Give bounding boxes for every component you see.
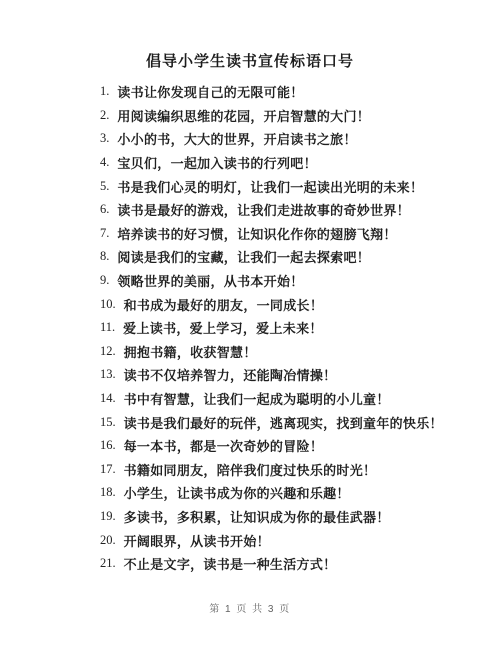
list-item-text: 书籍如同朋友，陪伴我们度过快乐的时光！ — [124, 460, 377, 479]
list-item: 12. 拥抱书籍，收获智慧！ — [100, 340, 500, 364]
list-item-number: 19. — [100, 509, 116, 524]
list-item: 18. 小学生，让读书成为你的兴趣和乐趣！ — [100, 481, 500, 505]
list-item-text: 读书不仅培养智力，还能陶冶情操！ — [124, 365, 337, 384]
list-item: 5. 书是我们心灵的明灯，让我们一起读出光明的未来！ — [100, 174, 500, 198]
list-item-text: 多读书，多积累，让知识成为你的最佳武器！ — [124, 507, 390, 526]
list-item: 2. 用阅读编织思维的花园，开启智慧的大门！ — [100, 104, 500, 128]
list-item-number: 5. — [100, 179, 109, 194]
list-item-number: 21. — [100, 556, 116, 571]
list-item-number: 20. — [100, 533, 116, 548]
list-item-number: 8. — [100, 249, 109, 264]
list-item-text: 培养读书的好习惯，让知识化作你的翅膀飞翔！ — [117, 224, 396, 243]
list-item: 20. 开阔眼界，从读书开始！ — [100, 528, 500, 552]
list-item: 16. 每一本书，都是一次奇妙的冒险！ — [100, 434, 500, 458]
list-item: 21. 不止是文字，读书是一种生活方式！ — [100, 552, 500, 576]
list-item-text: 读书让你发现自己的无限可能！ — [117, 82, 303, 101]
list-item: 6. 读书是最好的游戏，让我们走进故事的奇妙世界！ — [100, 198, 500, 222]
page-title: 倡导小学生读书宣传标语口号 — [0, 0, 500, 73]
list-item-number: 7. — [100, 226, 109, 241]
list-item-number: 2. — [100, 108, 109, 123]
list-item: 14. 书中有智慧，让我们一起成为聪明的小儿童！ — [100, 387, 500, 411]
list-item-number: 16. — [100, 438, 116, 453]
list-item-number: 18. — [100, 485, 116, 500]
list-item: 1. 读书让你发现自己的无限可能！ — [100, 80, 500, 104]
list-item-number: 4. — [100, 155, 109, 170]
list-item-text: 不止是文字，读书是一种生活方式！ — [124, 554, 337, 573]
list-item-text: 每一本书，都是一次奇妙的冒险！ — [124, 436, 324, 455]
list-item: 4. 宝贝们，一起加入读书的行列吧！ — [100, 151, 500, 175]
list-item-number: 1. — [100, 84, 109, 99]
list-item-number: 6. — [100, 202, 109, 217]
list-item: 8. 阅读是我们的宝藏，让我们一起去探索吧！ — [100, 245, 500, 269]
list-item: 7. 培养读书的好习惯，让知识化作你的翅膀飞翔！ — [100, 222, 500, 246]
list-item-number: 9. — [100, 273, 109, 288]
list-item: 10. 和书成为最好的朋友，一同成长！ — [100, 292, 500, 316]
document-page: 倡导小学生读书宣传标语口号 1. 读书让你发现自己的无限可能！ 2. 用阅读编织… — [0, 0, 500, 647]
list-item-text: 小小的书，大大的世界，开启读书之旅！ — [117, 129, 356, 148]
list-item: 3. 小小的书，大大的世界，开启读书之旅！ — [100, 127, 500, 151]
list-item-number: 13. — [100, 367, 116, 382]
list-item-number: 3. — [100, 131, 109, 146]
list-item-text: 开阔眼界，从读书开始！ — [124, 531, 270, 550]
list-item-text: 用阅读编织思维的花园，开启智慧的大门！ — [117, 106, 370, 125]
list-item-text: 阅读是我们的宝藏，让我们一起去探索吧！ — [117, 247, 370, 266]
list-item: 11. 爱上读书，爱上学习，爱上未来！ — [100, 316, 500, 340]
list-item-text: 和书成为最好的朋友，一同成长！ — [124, 295, 324, 314]
list-item-number: 14. — [100, 391, 116, 406]
list-item-text: 读书是最好的游戏，让我们走进故事的奇妙世界！ — [117, 200, 410, 219]
list-item-text: 小学生，让读书成为你的兴趣和乐趣！ — [124, 483, 350, 502]
page-indicator: 第 1 页 共 3 页 — [0, 603, 500, 617]
list-item-text: 读书是我们最好的玩伴，逃离现实，找到童年的快乐！ — [124, 413, 443, 432]
list-item: 15. 读书是我们最好的玩伴，逃离现实，找到童年的快乐！ — [100, 410, 500, 434]
list-item-number: 11. — [100, 320, 115, 335]
list-item-text: 书是我们心灵的明灯，让我们一起读出光明的未来！ — [117, 177, 423, 196]
list-item-number: 10. — [100, 297, 116, 312]
list-item: 9. 领略世界的美丽，从书本开始！ — [100, 269, 500, 293]
list-item-number: 17. — [100, 462, 116, 477]
list-item: 17. 书籍如同朋友，陪伴我们度过快乐的时光！ — [100, 458, 500, 482]
list-item-text: 爱上读书，爱上学习，爱上未来！ — [123, 318, 323, 337]
list-item-number: 12. — [100, 344, 116, 359]
list-item-text: 拥抱书籍，收获智慧！ — [124, 342, 257, 361]
list-item-text: 书中有智慧，让我们一起成为聪明的小儿童！ — [124, 389, 390, 408]
list-item: 19. 多读书，多积累，让知识成为你的最佳武器！ — [100, 505, 500, 529]
list-item-text: 宝贝们，一起加入读书的行列吧！ — [117, 153, 317, 172]
list-item-text: 领略世界的美丽，从书本开始！ — [117, 271, 303, 290]
list-item: 13. 读书不仅培养智力，还能陶冶情操！ — [100, 363, 500, 387]
slogan-list: 1. 读书让你发现自己的无限可能！ 2. 用阅读编织思维的花园，开启智慧的大门！… — [0, 80, 500, 575]
list-item-number: 15. — [100, 415, 116, 430]
